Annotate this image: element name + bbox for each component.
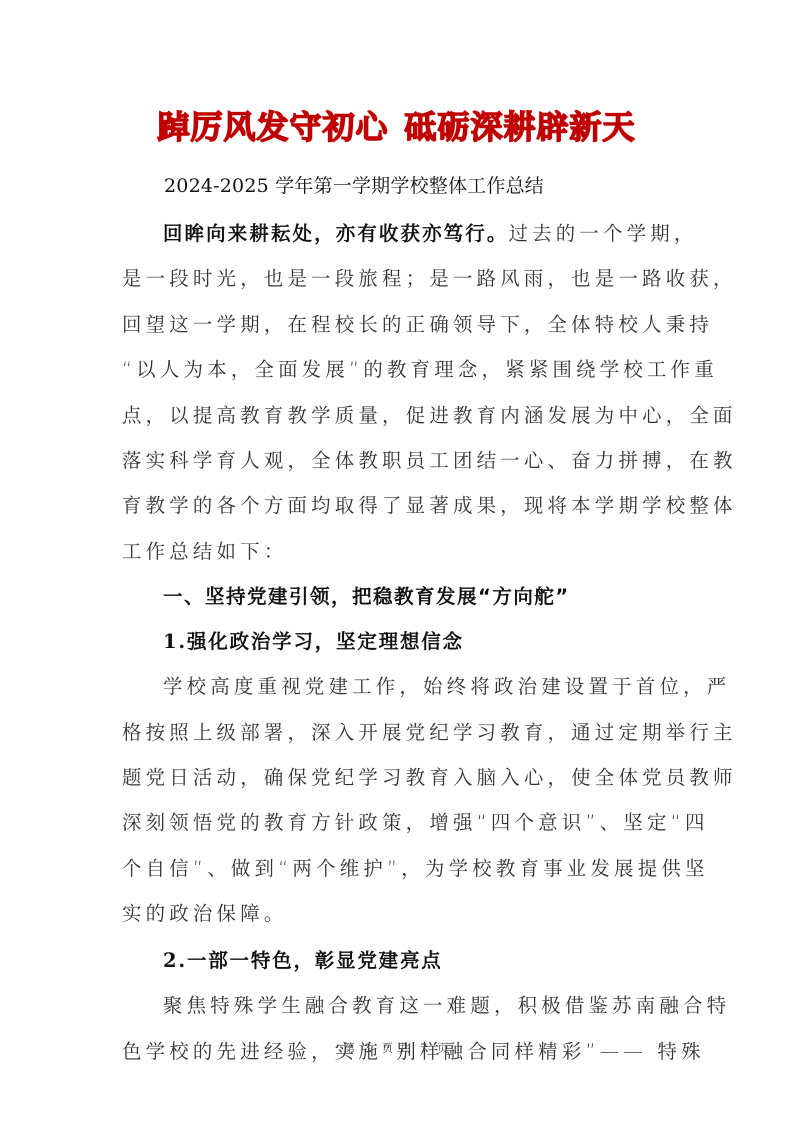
footer-suffix: 页 bbox=[437, 1041, 450, 1055]
footer-mid: 页 共 bbox=[382, 1041, 412, 1055]
intro-line: 工作总结如下： bbox=[122, 529, 674, 574]
paragraph-line: 聚焦特殊学生融合教育这一难题，积极借鉴苏南融合特 bbox=[122, 983, 674, 1028]
document-title: 踔厉风发守初心砥砺深耕辟新天 bbox=[0, 104, 793, 150]
intro-lead-rest: 过去的一个学期， bbox=[508, 222, 697, 245]
document-body: 回眸向来耕耘处，亦有收获亦笃行。过去的一个学期， 是一段时光，也是一段旅程；是一… bbox=[122, 211, 674, 1074]
subsection-1-2-heading: 2.一部一特色，彰显党建亮点 bbox=[122, 938, 674, 983]
intro-line: 落实科学育人观，全体教职员工团结一心、奋力拼搏，在教 bbox=[122, 438, 674, 483]
intro-line: 点，以提高教育教学质量，促进教育内涵发展为中心，全面 bbox=[122, 393, 674, 438]
document-page: 踔厉风发守初心砥砺深耕辟新天 2024-2025 学年第一学期学校整体工作总结 … bbox=[0, 0, 793, 1122]
paragraph-line: 实的政治保障。 bbox=[122, 891, 674, 936]
total-pages-number: 7 bbox=[420, 1041, 428, 1055]
page-footer: 第 1 页 共 7 页 bbox=[0, 1040, 793, 1056]
title-part-2: 砥砺深耕辟新天 bbox=[405, 108, 636, 146]
current-page-number: 1 bbox=[365, 1041, 373, 1055]
paragraph-line: 学校高度重视党建工作，始终将政治建设置于首位，严 bbox=[122, 664, 674, 709]
intro-lead-bold: 回眸向来耕耘处，亦有收获亦笃行。 bbox=[163, 222, 508, 245]
section-1-heading: 一、坚持党建引领，把稳教育发展“方向舵” bbox=[122, 574, 674, 619]
intro-line: 是一段时光，也是一段旅程；是一路风雨，也是一路收获， bbox=[122, 256, 674, 301]
paragraph-line: 深刻领悟党的教育方针政策，增强“四个意识”、坚定“四 bbox=[122, 800, 674, 845]
intro-line: 育教学的各个方面均取得了显著成果，现将本学期学校整体 bbox=[122, 483, 674, 528]
title-part-1: 踔厉风发守初心 bbox=[157, 108, 388, 146]
intro-line-1: 回眸向来耕耘处，亦有收获亦笃行。过去的一个学期， bbox=[122, 211, 674, 256]
paragraph-line: 格按照上级部署，深入开展党纪学习教育，通过定期举行主 bbox=[122, 710, 674, 755]
intro-line: 回望这一学期，在程校长的正确领导下，全体特校人秉持 bbox=[122, 302, 674, 347]
subsection-1-1-heading: 1.强化政治学习，坚定理想信念 bbox=[122, 619, 674, 664]
paragraph-line: 个自信”、做到“两个维护”，为学校教育事业发展提供坚 bbox=[122, 846, 674, 891]
intro-line: “以人为本，全面发展”的教育理念，紧紧围绕学校工作重 bbox=[122, 347, 674, 392]
document-subtitle: 2024-2025 学年第一学期学校整体工作总结 bbox=[164, 170, 544, 202]
paragraph-line: 题党日活动，确保党纪学习教育入脑入心，使全体党员教师 bbox=[122, 755, 674, 800]
footer-prefix: 第 bbox=[344, 1041, 357, 1055]
